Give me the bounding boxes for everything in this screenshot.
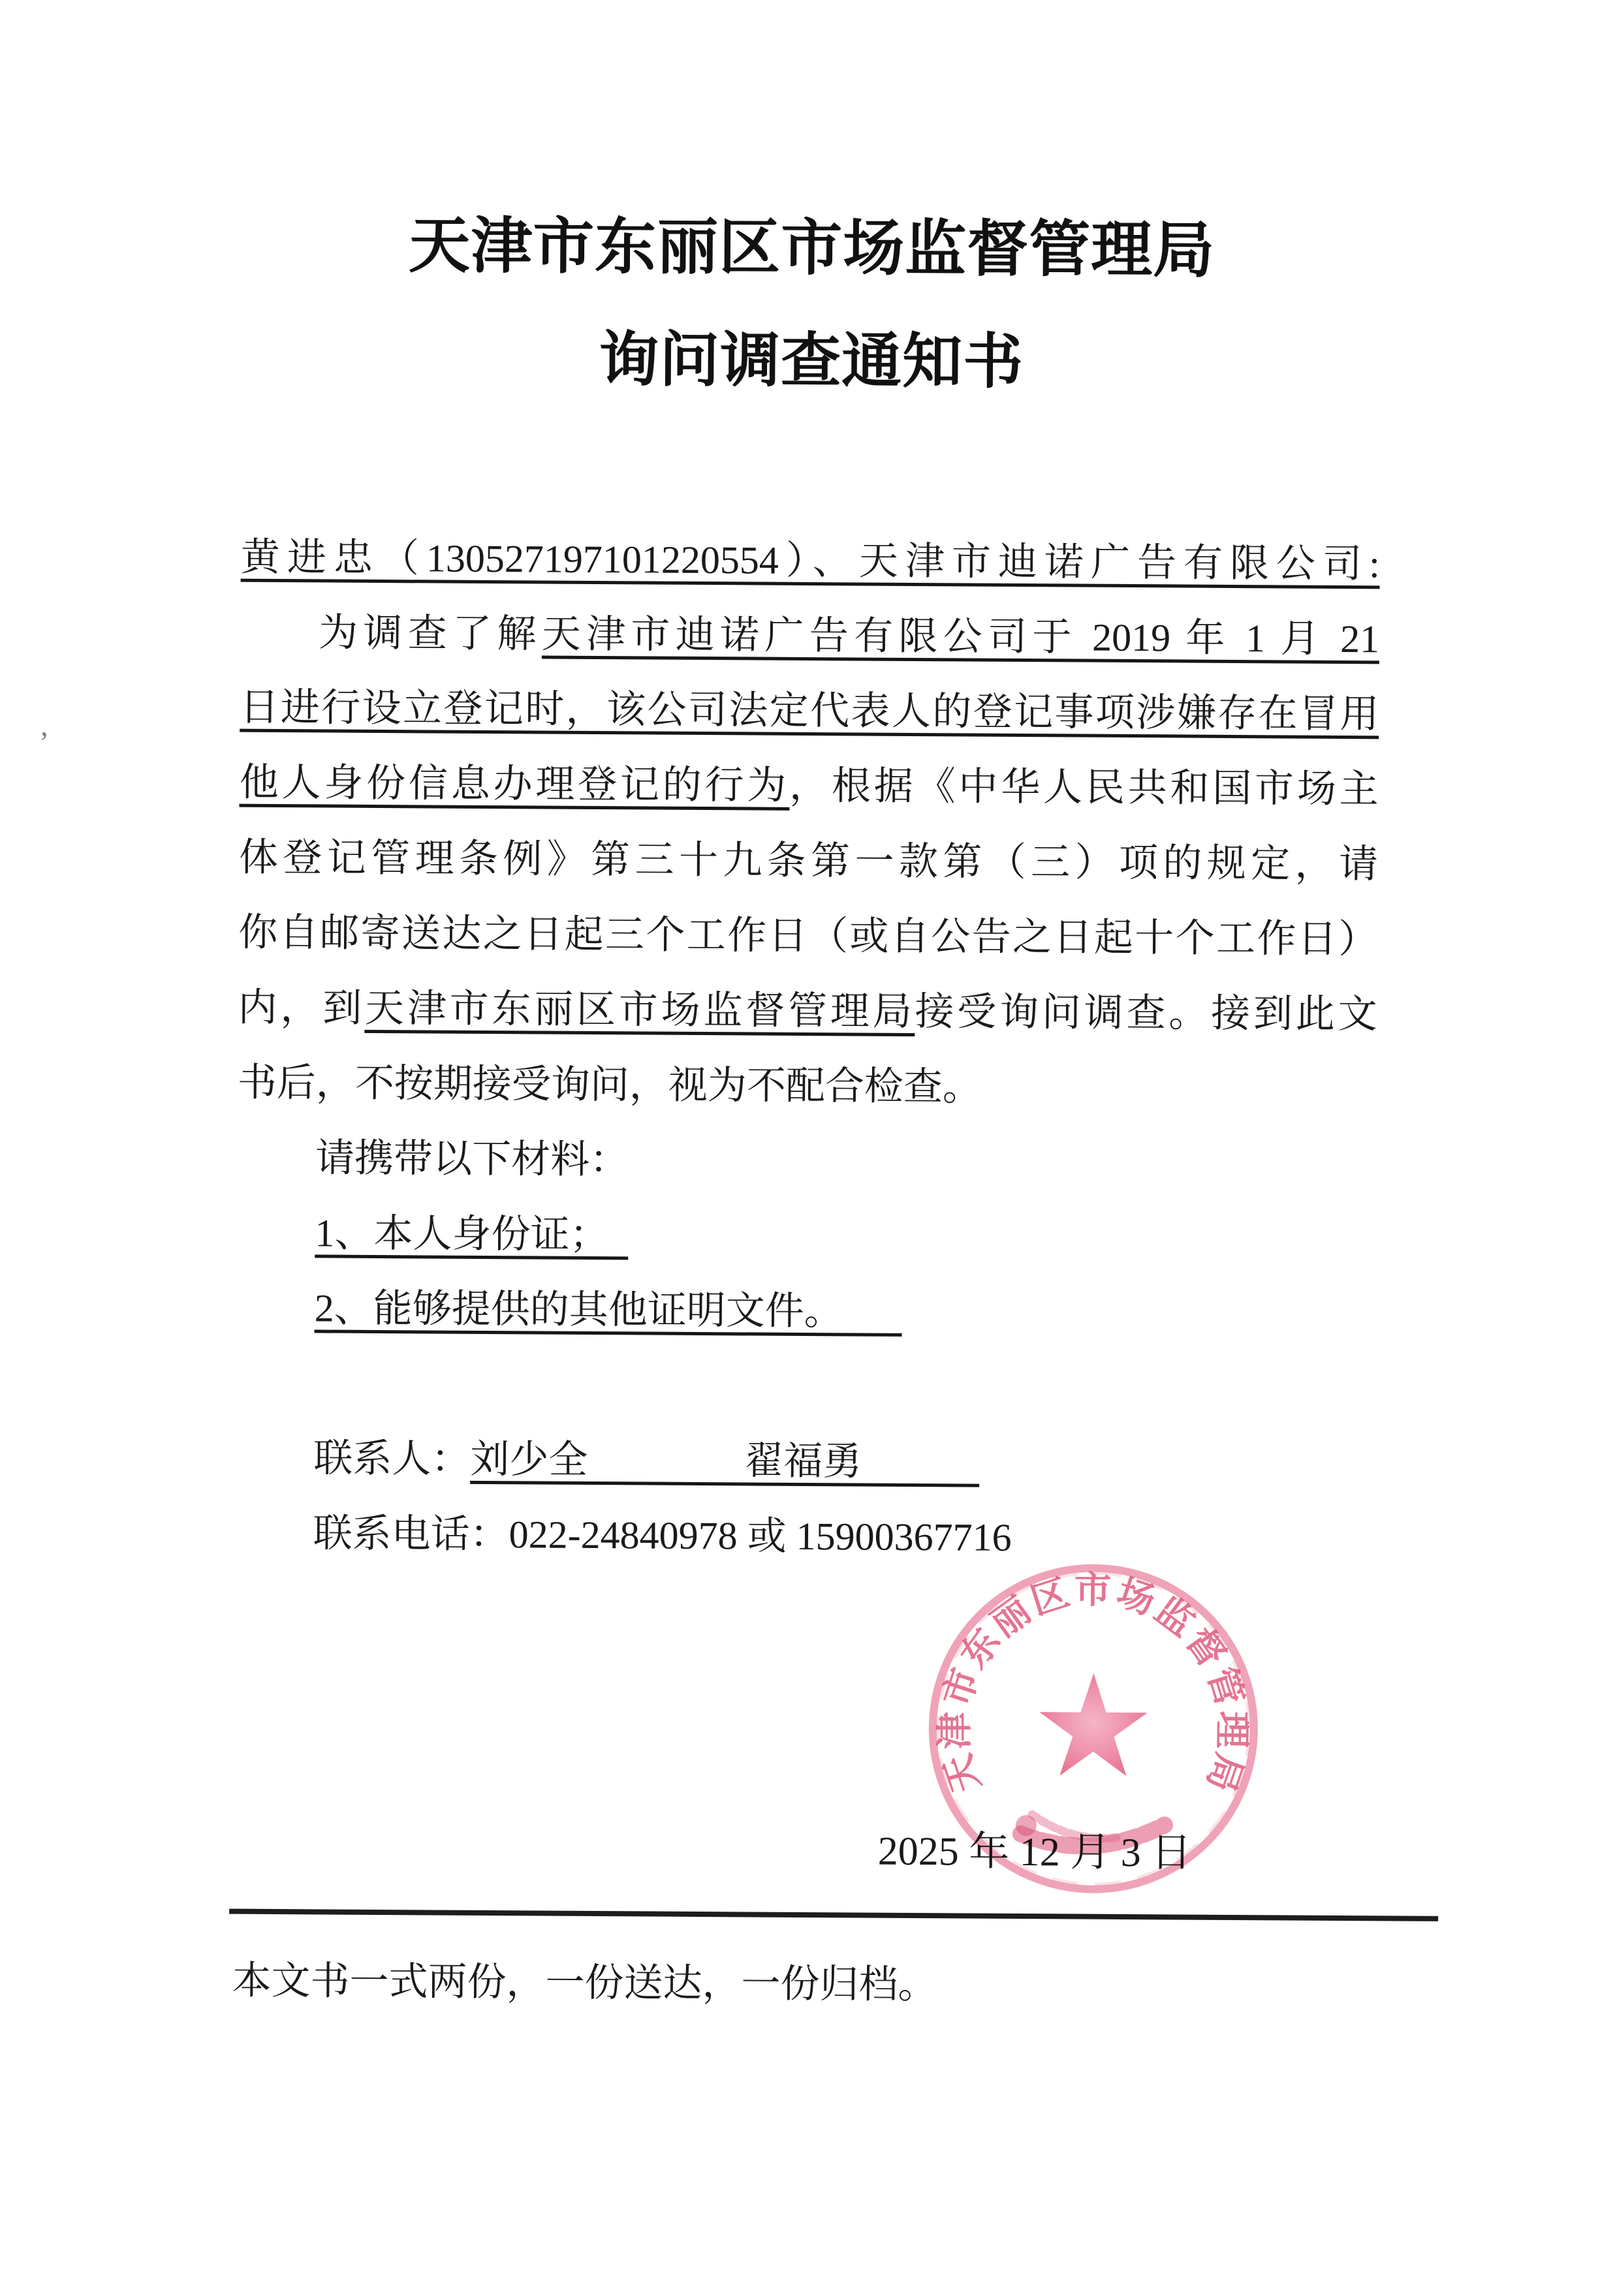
document-title-authority: 天津市东丽区市场监督管理局	[4, 0, 1615, 288]
text-segment: 请携带以下材料：	[315, 1136, 629, 1181]
seal-ring-text: 天津市东丽区市场监督管理局	[934, 1569, 1253, 1799]
text-segment: 联系人：	[313, 1436, 470, 1480]
body-line	[236, 1346, 1375, 1428]
underlined-text: 1、本人身份证；	[315, 1211, 628, 1260]
text-segment: ，根据《中华人民共和国市场主	[789, 764, 1379, 811]
scan-artifact: ,	[40, 708, 48, 743]
underlined-text: 2、能够提供的其他证明文件。	[315, 1286, 902, 1336]
body-line: 请携带以下材料：	[237, 1121, 1377, 1203]
text-segment: 接受询问调查。接到此文	[915, 990, 1377, 1036]
text-segment: 内，到	[238, 986, 365, 1030]
underlined-text: 刘少全 翟福勇	[470, 1438, 979, 1487]
document-page: 天津市东丽区市场监督管理局 询问调查通知书 黄进忠（13052719710122…	[0, 0, 1615, 2296]
body-line: 日进行设立登记时，该公司法定代表人的登记事项涉嫌存在冒用	[240, 670, 1379, 752]
body-line: 为调查了解天津市迪诺广告有限公司于 2019 年 1 月 21	[240, 595, 1380, 677]
underlined-text: 日进行设立登记时，该公司法定代表人的登记事项涉嫌存在冒用	[240, 686, 1379, 739]
underlined-text: 他人身份信息办理登记的行为	[239, 761, 789, 811]
body-line: 联系人：刘少全 翟福勇	[235, 1421, 1375, 1503]
body-line: 黄进忠（130527197101220554）、天津市迪诺广告有限公司:	[240, 520, 1380, 602]
scanned-sheet: 天津市东丽区市场监督管理局 询问调查通知书 黄进忠（13052719710122…	[0, 0, 1615, 2296]
date-line: 2025 年 12 月 3 日	[232, 1824, 1372, 1878]
text-segment: 体登记管理条例》第三十九条第一款第（三）项的规定，请	[239, 836, 1378, 886]
underlined-text: 黄进忠（130527197101220554）、天津市迪诺广告有限公司:	[241, 536, 1380, 589]
document-body: 黄进忠（130527197101220554）、天津市迪诺广告有限公司:为调查了…	[234, 520, 1380, 1578]
body-line: 你自邮寄送达之日起三个工作日（或自公告之日起十个工作日）	[238, 895, 1378, 978]
body-line: 联系电话：022-24840978 或 15900367716	[234, 1496, 1374, 1578]
body-line: 内，到天津市东丽区市场监督管理局接受询问调查。接到此文	[238, 970, 1377, 1053]
footer-divider-rule	[229, 1909, 1438, 1921]
body-line: 书后，不按期接受询问，视为不配合检查。	[238, 1046, 1377, 1128]
footer-note: 本文书一式两份，一份送达，一份归档。	[232, 1957, 1371, 2011]
text-segment: 为调查了解	[319, 611, 542, 655]
body-line: 2、能够提供的其他证明文件。	[236, 1271, 1375, 1353]
body-line: 他人身份信息办理登记的行为，根据《中华人民共和国市场主	[239, 745, 1379, 828]
text-segment: 你自邮寄送达之日起三个工作日（或自公告之日起十个工作日）	[238, 911, 1377, 961]
text-segment: 书后，不按期接受询问，视为不配合检查。	[238, 1061, 982, 1109]
text-segment: 联系电话：022-24840978 或 15900367716	[313, 1512, 1011, 1559]
seal-ring-text-holder: 天津市东丽区市场监督管理局	[934, 1569, 1253, 1799]
underlined-text: 天津市东丽区市场监督管理局	[365, 987, 915, 1036]
body-line: 体登记管理条例》第三十九条第一款第（三）项的规定，请	[239, 820, 1379, 903]
document-title-type: 询问调查通知书	[3, 324, 1615, 397]
body-line: 1、本人身份证；	[236, 1196, 1376, 1278]
underlined-text: 天津市迪诺广告有限公司于 2019 年 1 月 21	[542, 613, 1380, 664]
star-icon	[1039, 1673, 1148, 1776]
issue-date: 2025 年 12 月 3 日	[877, 1829, 1191, 1876]
